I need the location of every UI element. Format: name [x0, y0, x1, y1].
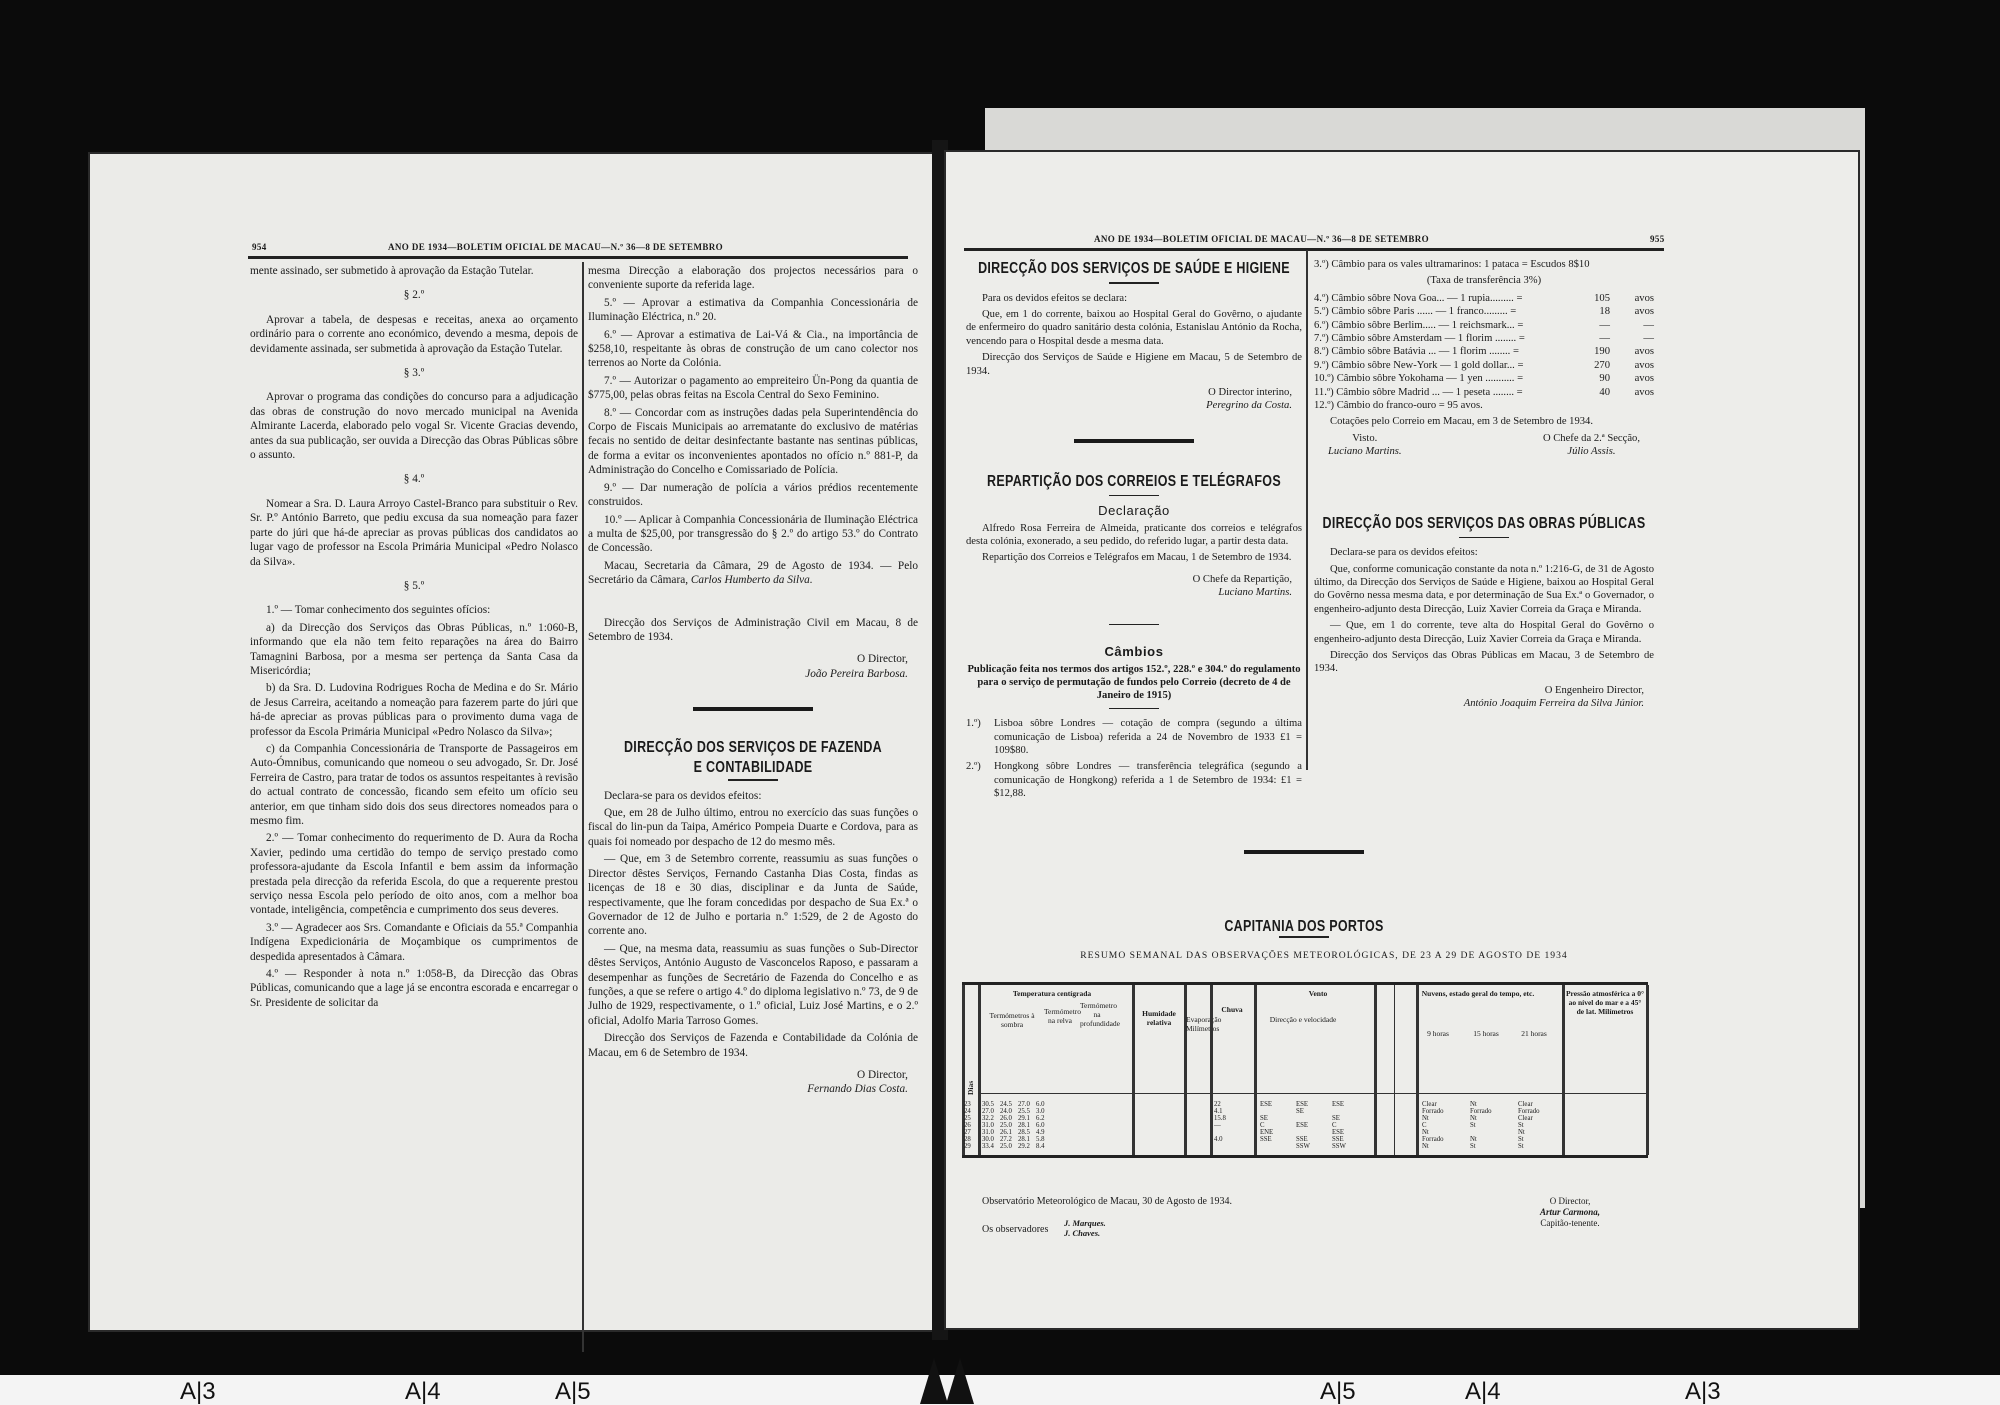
- table-cell: 6.0: [1036, 1101, 1045, 1108]
- paragraph: Para os devidos efeitos se declara:: [966, 292, 1302, 305]
- film-mark: A|5: [555, 1378, 591, 1405]
- table-cell: St: [1470, 1143, 1476, 1150]
- table-cell: 4.1: [1214, 1108, 1223, 1115]
- subheading: Declaração: [966, 504, 1302, 517]
- paragraph: Macau, Secretaria da Câmara, 29 de Agost…: [588, 559, 918, 588]
- exchange-rate-row: 5.º) Câmbio sôbre Paris ...... — 1 franc…: [1314, 305, 1654, 318]
- table-cell: 27.0: [1018, 1101, 1030, 1108]
- paragraph: Alfredo Rosa Ferreira de Almeida, pratic…: [966, 522, 1302, 549]
- film-mark: A|3: [180, 1378, 216, 1405]
- section-heading: § 5.º: [250, 579, 578, 593]
- table-cell: 31.0: [982, 1122, 994, 1129]
- table-cell: ESE: [1260, 1101, 1272, 1108]
- table-cell: 28.1: [1018, 1136, 1030, 1143]
- signature-row: Visto.Luciano Martins. O Chefe da 2.ª Se…: [1314, 432, 1654, 459]
- paragraph: Direcção dos Serviços de Administração C…: [588, 616, 918, 645]
- meteorological-table: Dias Temperatura centígrada Termómetros …: [962, 982, 1648, 1158]
- rate-value: 105: [1566, 292, 1610, 305]
- exchange-rate-row: 10.º) Câmbio sôbre Yokohama — 1 yen ....…: [1314, 372, 1654, 385]
- exchange-rate-row: 4.º) Câmbio sôbre Nova Goa... — 1 rupia.…: [1314, 292, 1654, 305]
- rate-value: 270: [1566, 359, 1610, 372]
- exchange-rates-table: 4.º) Câmbio sôbre Nova Goa... — 1 rupia.…: [1314, 292, 1654, 399]
- paragraph: 5.º — Aprovar a estimativa da Companhia …: [588, 296, 918, 325]
- table-cell: 24.5: [1000, 1101, 1012, 1108]
- rate-unit: avos: [1610, 305, 1654, 318]
- table-cell: St: [1518, 1143, 1524, 1150]
- signature-title: O Engenheiro Director,: [1545, 685, 1644, 696]
- table-cell: Nt: [1422, 1129, 1429, 1136]
- table-cell: SE: [1332, 1115, 1340, 1122]
- table-cell: 28: [964, 1136, 971, 1143]
- left-column-2: mesma Direcção a elaboração dos projecto…: [588, 264, 918, 1097]
- paragraph: — Que, em 1 do corrente, teve alta do Ho…: [1314, 619, 1654, 646]
- paragraph: 10.º — Aplicar à Companhia Concessionári…: [588, 513, 918, 556]
- signature-block: O Engenheiro Director, António Joaquim F…: [1314, 684, 1644, 711]
- table-cell: 4.9: [1036, 1129, 1045, 1136]
- col-termometros-sombra: Termómetros à sombra: [982, 1011, 1042, 1029]
- item-number: 1.º): [966, 717, 981, 730]
- table-cell: SSE: [1332, 1136, 1344, 1143]
- section-heading-fazenda: DIRECÇÃO DOS SERVIÇOS DE FAZENDA E CONTA…: [588, 737, 918, 777]
- table-cell: SSW: [1332, 1143, 1346, 1150]
- table-cell: Nt: [1422, 1115, 1429, 1122]
- paragraph: mente assinado, ser submetido à aprovaçã…: [250, 264, 578, 278]
- section-heading-correios: REPARTIÇÃO DOS CORREIOS E TELÉGRAFOS: [966, 471, 1302, 491]
- exchange-rate-3: 3.º) Câmbio para os vales ultramarinos: …: [1314, 258, 1654, 271]
- table-cell: ESE: [1332, 1129, 1344, 1136]
- table-cell: 5.8: [1036, 1136, 1045, 1143]
- short-rule: [1459, 537, 1509, 539]
- signature-name: Artur Carmona,: [1540, 1207, 1600, 1218]
- table-cell: Nt: [1422, 1143, 1429, 1150]
- signature-block: O Director, Fernando Dias Costa.: [588, 1068, 908, 1097]
- signature-block: O Chefe da Repartição, Luciano Martins.: [966, 573, 1292, 600]
- table-cell: SSE: [1296, 1136, 1308, 1143]
- table-cell: SE: [1296, 1108, 1304, 1115]
- rate-label: 8.º) Câmbio sôbre Batávia ... — 1 florim…: [1314, 345, 1566, 358]
- table-cell: 26.1: [1000, 1129, 1012, 1136]
- film-mark: A|4: [1465, 1378, 1501, 1405]
- observatory-line: Observatório Meteorológico de Macau, 30 …: [982, 1196, 1232, 1207]
- exchange-rate-row: 7.º) Câmbio sôbre Amsterdam — 1 florim .…: [1314, 332, 1654, 345]
- rate-label: 9.º) Câmbio sôbre New-York — 1 gold doll…: [1314, 359, 1566, 372]
- signature-name: Fernando Dias Costa.: [588, 1082, 908, 1096]
- paragraph: a) da Direcção dos Serviços das Obras Pú…: [250, 621, 578, 679]
- short-rule: [1109, 282, 1159, 284]
- rate-value: —: [1566, 319, 1610, 332]
- section-separator: [1244, 850, 1364, 854]
- table-cell: 6.2: [1036, 1115, 1045, 1122]
- paragraph: Que, em 1 do corrente, baixou ao Hospita…: [966, 308, 1302, 348]
- paragraph: 4.º — Responder à nota n.º 1:058-B, da D…: [250, 967, 578, 1010]
- heading-line: DIRECÇÃO DOS SERVIÇOS DE FAZENDA: [588, 737, 918, 757]
- rate-label: 4.º) Câmbio sôbre Nova Goa... — 1 rupia.…: [1314, 292, 1566, 305]
- table-cell: 27.0: [982, 1108, 994, 1115]
- short-rule: [1109, 495, 1159, 497]
- section-heading: § 3.º: [250, 366, 578, 380]
- table-cell: 30.5: [982, 1101, 994, 1108]
- paragraph: Direcção dos Serviços de Saúde e Higiene…: [966, 351, 1302, 378]
- paragraph: Repartição dos Correios e Telégrafos em …: [966, 551, 1302, 564]
- right-column-1: DIRECÇÃO DOS SERVIÇOS DE SAÚDE E HIGIENE…: [966, 258, 1302, 804]
- header-rule: [248, 256, 908, 259]
- rate-value: 190: [1566, 345, 1610, 358]
- table-cell: 25.5: [1018, 1108, 1030, 1115]
- col-temperatura: Temperatura centígrada: [982, 989, 1122, 998]
- table-cell: Clear: [1422, 1101, 1437, 1108]
- paragraph: — Que, na mesma data, reassumiu as suas …: [588, 942, 918, 1028]
- paragraph: 1.º — Tomar conhecimento dos seguintes o…: [250, 603, 578, 617]
- table-cell: 24.0: [1000, 1108, 1012, 1115]
- signature-name: António Joaquim Ferreira da Silva Júnior…: [1314, 697, 1644, 710]
- section-heading: § 4.º: [250, 472, 578, 486]
- exchange-rate-row: 11.º) Câmbio sôbre Madrid ... — 1 peseta…: [1314, 386, 1654, 399]
- col-direccao: Direcção e velocidade: [1258, 1015, 1348, 1024]
- col-humidade: Humidade relativa: [1134, 1009, 1184, 1027]
- table-cell: 3.0: [1036, 1108, 1045, 1115]
- table-cell: 33.4: [982, 1143, 994, 1150]
- rate-unit: avos: [1610, 359, 1654, 372]
- col-dias: Dias: [966, 1081, 975, 1095]
- observer-name: J. Marques.: [1064, 1218, 1106, 1228]
- column-divider: [1306, 250, 1308, 770]
- table-cell: 26.0: [1000, 1115, 1012, 1122]
- table-cell: Forrado: [1518, 1108, 1540, 1115]
- table-cell: ESE: [1296, 1122, 1308, 1129]
- short-rule: [728, 779, 778, 781]
- paragraph: Que, conforme comunicação constante da n…: [1314, 563, 1654, 617]
- right-column-2: 3.º) Câmbio para os vales ultramarinos: …: [1314, 258, 1654, 711]
- paragraph: Declara-se para os devidos efeitos:: [1314, 546, 1654, 559]
- table-cell: 8.4: [1036, 1143, 1045, 1150]
- exchange-rate-row: 6.º) Câmbio sôbre Berlim..... — 1 reichs…: [1314, 319, 1654, 332]
- table-cell: SSE: [1260, 1136, 1272, 1143]
- column-divider: [582, 262, 584, 1352]
- table-cell: Nt: [1518, 1129, 1525, 1136]
- rate-label: 11.º) Câmbio sôbre Madrid ... — 1 peseta…: [1314, 386, 1566, 399]
- table-cell: Nt: [1470, 1101, 1477, 1108]
- rate-label: 6.º) Câmbio sôbre Berlim..... — 1 reichs…: [1314, 319, 1566, 332]
- signature-name: Júlio Assis.: [1567, 446, 1615, 457]
- signature-block: O Director interino, Peregrino da Costa.: [966, 386, 1292, 413]
- table-subtitle: RESUMO SEMANAL DAS OBSERVAÇÕES METEOROLÓ…: [1024, 950, 1624, 961]
- item-text: Hongkong sôbre Londres — transferência t…: [994, 761, 1302, 799]
- table-cell: 28.1: [1018, 1122, 1030, 1129]
- rate-label: 7.º) Câmbio sôbre Amsterdam — 1 florim .…: [1314, 332, 1566, 345]
- list-item: 1.º)Lisboa sôbre Londres — cotação de co…: [966, 717, 1302, 757]
- table-cell: 6.0: [1036, 1122, 1045, 1129]
- table-cell: ESE: [1332, 1101, 1344, 1108]
- bold-notice: Publicação feita nos termos dos artigos …: [966, 663, 1302, 702]
- table-cell: 29.2: [1018, 1143, 1030, 1150]
- rate-unit: —: [1610, 332, 1654, 345]
- col-termometro-profundidade: Termómetro na profundidade: [1080, 1001, 1114, 1028]
- signature-title: O Director,: [857, 653, 908, 665]
- paragraph: mesma Direcção a elaboração dos projecto…: [588, 264, 918, 293]
- header-rule: [964, 248, 1664, 251]
- table-cell: 27: [964, 1129, 971, 1136]
- page-number-left: 954: [252, 242, 267, 252]
- table-cell: —: [1214, 1122, 1221, 1129]
- film-alignment-arrow-right: [946, 1358, 974, 1404]
- table-cell: Forrado: [1422, 1108, 1444, 1115]
- table-cell: 28.5: [1018, 1129, 1030, 1136]
- film-mark: A|3: [1685, 1378, 1721, 1405]
- table-cell: 27.2: [1000, 1136, 1012, 1143]
- rate-unit: avos: [1610, 345, 1654, 358]
- table-cell: 25.0: [1000, 1143, 1012, 1150]
- table-cell: 30.0: [982, 1136, 994, 1143]
- rate-value: —: [1566, 332, 1610, 345]
- table-cell: 32.2: [982, 1115, 994, 1122]
- table-cell: Nt: [1470, 1136, 1477, 1143]
- signature-title: O Director interino,: [1208, 387, 1292, 398]
- table-cell: 29: [964, 1143, 971, 1150]
- visto-block: Visto.Luciano Martins.: [1328, 432, 1402, 459]
- section-heading-capitania: CAPITANIA DOS PORTOS: [1144, 916, 1464, 936]
- film-mark: A|5: [1320, 1378, 1356, 1405]
- paragraph: Direcção dos Serviços das Obras Públicas…: [1314, 649, 1654, 676]
- short-rule: [1109, 708, 1159, 710]
- running-head-left: ANO DE 1934—BOLETIM OFICIAL DE MACAU—N.º…: [388, 242, 723, 252]
- paragraph: 8.º — Concordar com as instruções dadas …: [588, 406, 918, 478]
- col-21h: 21 horas: [1514, 1029, 1554, 1038]
- signature-name: Luciano Martins.: [1328, 446, 1402, 457]
- capitania-signature: O Director, Artur Carmona, Capitão-tenen…: [1540, 1196, 1600, 1229]
- short-rule: [1109, 624, 1159, 626]
- short-rule: [1279, 936, 1329, 938]
- observer-name: J. Chaves.: [1064, 1228, 1106, 1238]
- col-evaporacao: Evaporação Milímetros: [1186, 1015, 1208, 1033]
- chefe-block: O Chefe da 2.ª Secção,Júlio Assis.: [1543, 432, 1640, 459]
- col-chuva: Chuva: [1212, 1005, 1252, 1014]
- film-mark: A|4: [405, 1378, 441, 1405]
- signature-name: João Pereira Barbosa.: [588, 667, 908, 681]
- signature-title: O Director,: [1540, 1196, 1600, 1207]
- section-heading-obras: DIRECÇÃO DOS SERVIÇOS DAS OBRAS PÚBLICAS: [1314, 513, 1654, 533]
- paragraph: Declara-se para os devidos efeitos:: [588, 789, 918, 803]
- table-cell: ENE: [1260, 1129, 1273, 1136]
- table-cell: 22: [1214, 1101, 1221, 1108]
- heading-line: E CONTABILIDADE: [588, 757, 918, 777]
- running-head-right: ANO DE 1934—BOLETIM OFICIAL DE MACAU—N.º…: [1094, 234, 1429, 244]
- col-nuvens: Nuvens, estado geral do tempo, etc.: [1418, 989, 1538, 998]
- table-cell: SE: [1260, 1115, 1268, 1122]
- table-cell: 25: [964, 1115, 971, 1122]
- table-cell: Forrado: [1470, 1108, 1492, 1115]
- transfer-fee-note: (Taxa de transferência 3%): [1314, 274, 1654, 287]
- rate-unit: avos: [1610, 292, 1654, 305]
- exchange-rate-12: 12.º) Câmbio do franco-ouro = 95 avos.: [1314, 399, 1654, 412]
- paragraph: Aprovar a tabela, de despesas e receitas…: [250, 313, 578, 356]
- col-vento: Vento: [1258, 989, 1378, 998]
- exchange-list: 1.º)Lisboa sôbre Londres — cotação de co…: [966, 717, 1302, 800]
- rate-unit: avos: [1610, 386, 1654, 399]
- left-page: 954 ANO DE 1934—BOLETIM OFICIAL DE MACAU…: [88, 152, 936, 1332]
- observers-names: J. Marques. J. Chaves.: [1064, 1218, 1106, 1238]
- paragraph: Nomear a Sra. D. Laura Arroyo Castel-Bra…: [250, 497, 578, 569]
- paragraph: Que, em 28 de Julho último, entrou no ex…: [588, 806, 918, 849]
- item-number: 2.º): [966, 760, 981, 773]
- table-cell: 23: [964, 1101, 971, 1108]
- table-cell: St: [1518, 1136, 1524, 1143]
- table-cell: Nt: [1470, 1115, 1477, 1122]
- paragraph: 6.º — Aprovar a estimativa de Lai-Vá & C…: [588, 328, 918, 371]
- section-heading: § 2.º: [250, 288, 578, 302]
- paragraph: 2.º — Tomar conhecimento do requerimento…: [250, 831, 578, 917]
- rate-unit: —: [1610, 319, 1654, 332]
- table-cell: St: [1470, 1122, 1476, 1129]
- section-heading-saude: DIRECÇÃO DOS SERVIÇOS DE SAÚDE E HIGIENE: [966, 258, 1302, 278]
- rate-label: 5.º) Câmbio sôbre Paris ...... — 1 franc…: [1314, 305, 1566, 318]
- exchange-rate-row: 8.º) Câmbio sôbre Batávia ... — 1 florim…: [1314, 345, 1654, 358]
- paragraph: Aprovar o programa das condições do conc…: [250, 390, 578, 462]
- signature-title: O Chefe da 2.ª Secção,: [1543, 432, 1640, 445]
- paragraph: c) da Companhia Concessionária de Transp…: [250, 742, 578, 828]
- paragraph: b) da Sra. D. Ludovina Rodrigues Rocha d…: [250, 681, 578, 739]
- signature-rank: Capitão-tenente.: [1540, 1218, 1600, 1229]
- subheading-cambios: Câmbios: [966, 645, 1302, 658]
- rate-value: 18: [1566, 305, 1610, 318]
- signature-title: O Director,: [857, 1069, 908, 1081]
- rate-value: 90: [1566, 372, 1610, 385]
- item-text: Lisboa sôbre Londres — cotação de compra…: [994, 718, 1302, 756]
- col-9h: 9 horas: [1418, 1029, 1458, 1038]
- table-cell: ESE: [1296, 1101, 1308, 1108]
- col-pressao: Pressão atmosférica a 0° ao nível do mar…: [1564, 989, 1646, 1016]
- signature-block: O Director, João Pereira Barbosa.: [588, 652, 908, 681]
- observers-label: Os observadores: [982, 1224, 1048, 1235]
- signoff-name: Carlos Humberto da Silva.: [691, 574, 813, 586]
- paragraph: — Que, em 3 de Setembro corrente, reassu…: [588, 852, 918, 938]
- table-cell: St: [1518, 1122, 1524, 1129]
- table-cell: 26: [964, 1122, 971, 1129]
- signature-title: O Chefe da Repartição,: [1193, 574, 1292, 585]
- rate-label: 10.º) Câmbio sôbre Yokohama — 1 yen ....…: [1314, 372, 1566, 385]
- table-cell: 4.0: [1214, 1136, 1223, 1143]
- table-cell: Clear: [1518, 1115, 1533, 1122]
- table-cell: 29.1: [1018, 1115, 1030, 1122]
- rate-unit: avos: [1610, 372, 1654, 385]
- table-cell: 15.8: [1214, 1115, 1226, 1122]
- page-number-right: 955: [1650, 234, 1665, 244]
- paragraph: 3.º — Agradecer aos Srs. Comandante e Of…: [250, 921, 578, 964]
- paragraph: 7.º — Autorizar o pagamento ao empreitei…: [588, 374, 918, 403]
- paragraph: Direcção dos Serviços de Fazenda e Conta…: [588, 1031, 918, 1060]
- table-cell: 31.0: [982, 1129, 994, 1136]
- exchange-rate-row: 9.º) Câmbio sôbre New-York — 1 gold doll…: [1314, 359, 1654, 372]
- table-cell: 24: [964, 1108, 971, 1115]
- rate-value: 40: [1566, 386, 1610, 399]
- signature-title: Visto.: [1328, 432, 1402, 445]
- signature-name: Peregrino da Costa.: [966, 399, 1292, 412]
- table-cell: Forrado: [1422, 1136, 1444, 1143]
- paragraph: 9.º — Dar numeração de polícia a vários …: [588, 481, 918, 510]
- table-cell: 25.0: [1000, 1122, 1012, 1129]
- paragraph: Cotações pelo Correio em Macau, em 3 de …: [1314, 415, 1654, 428]
- col-termometro-relva: Termómetro na relva: [1044, 1007, 1076, 1025]
- left-column-1: mente assinado, ser submetido à aprovaçã…: [250, 264, 578, 1013]
- table-cell: Clear: [1518, 1101, 1533, 1108]
- section-separator: [693, 707, 813, 711]
- list-item: 2.º)Hongkong sôbre Londres — transferênc…: [966, 760, 1302, 800]
- table-cell: C: [1422, 1122, 1427, 1129]
- table-cell: C: [1260, 1122, 1265, 1129]
- film-alignment-arrow-left: [920, 1358, 948, 1404]
- table-cell: SSW: [1296, 1143, 1310, 1150]
- col-15h: 15 horas: [1466, 1029, 1506, 1038]
- table-cell: C: [1332, 1122, 1337, 1129]
- signature-name: Luciano Martins.: [966, 586, 1292, 599]
- section-separator: [1074, 439, 1194, 443]
